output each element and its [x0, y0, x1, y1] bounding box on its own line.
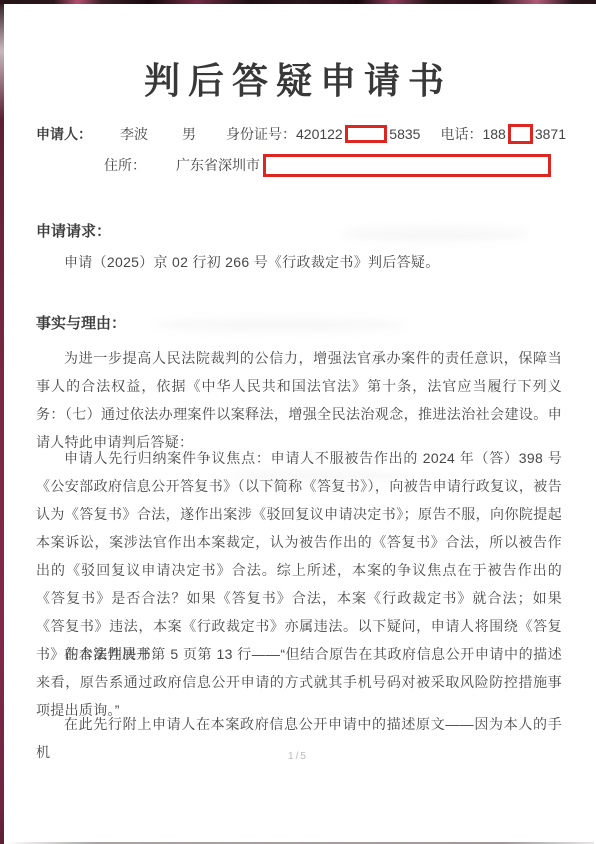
- address-row: 住所： 广东省深圳市: [104, 153, 566, 177]
- phone-field: 电话：188: [440, 122, 505, 146]
- applicant-gender: 男: [182, 122, 196, 146]
- facts-heading: 事实与理由：: [36, 314, 126, 334]
- applicant-name: 李波: [120, 122, 148, 146]
- request-body: 申请（2025）京 02 行初 266 号《行政裁定书》判后答疑。: [36, 248, 562, 276]
- address-city: 广东省深圳市: [176, 153, 260, 177]
- scanned-document-page: 判后答疑申请书 申请人： 李波 男 身份证号：420122 5835 电话：18…: [0, 0, 596, 844]
- scan-smudge: [150, 318, 410, 332]
- scan-edge-left: [0, 0, 4, 844]
- redaction-box-address: [263, 154, 551, 177]
- phone-tail: 3871: [535, 122, 566, 146]
- page-number: 1/5: [0, 751, 596, 762]
- redaction-box-phone: [508, 124, 533, 144]
- applicant-row: 申请人： 李波 男 身份证号：420122 5835 电话：188 3871: [36, 122, 566, 146]
- applicant-label: 申请人：: [36, 122, 92, 146]
- redaction-box-id-number: [345, 125, 388, 143]
- id-number-tail: 5835: [389, 122, 420, 146]
- scan-smudge: [340, 226, 530, 242]
- applicant-info-block: 申请人： 李波 男 身份证号：420122 5835 电话：188 3871 住…: [36, 122, 566, 177]
- facts-paragraph-1: 为进一步提高人民法院裁判的公信力，增强法官承办案件的责任意识，保障当事人的合法权…: [36, 344, 562, 456]
- address-label: 住所：: [104, 153, 146, 177]
- document-title: 判后答疑申请书: [0, 56, 596, 106]
- facts-paragraph-2: 申请人先行归纳案件争议焦点：申请人不服被告作出的 2024 年（答）398 号《…: [36, 444, 562, 668]
- id-number-field: 身份证号：420122: [226, 122, 343, 146]
- request-heading: 申请请求：: [36, 222, 111, 242]
- scan-edge-top: [0, 0, 596, 4]
